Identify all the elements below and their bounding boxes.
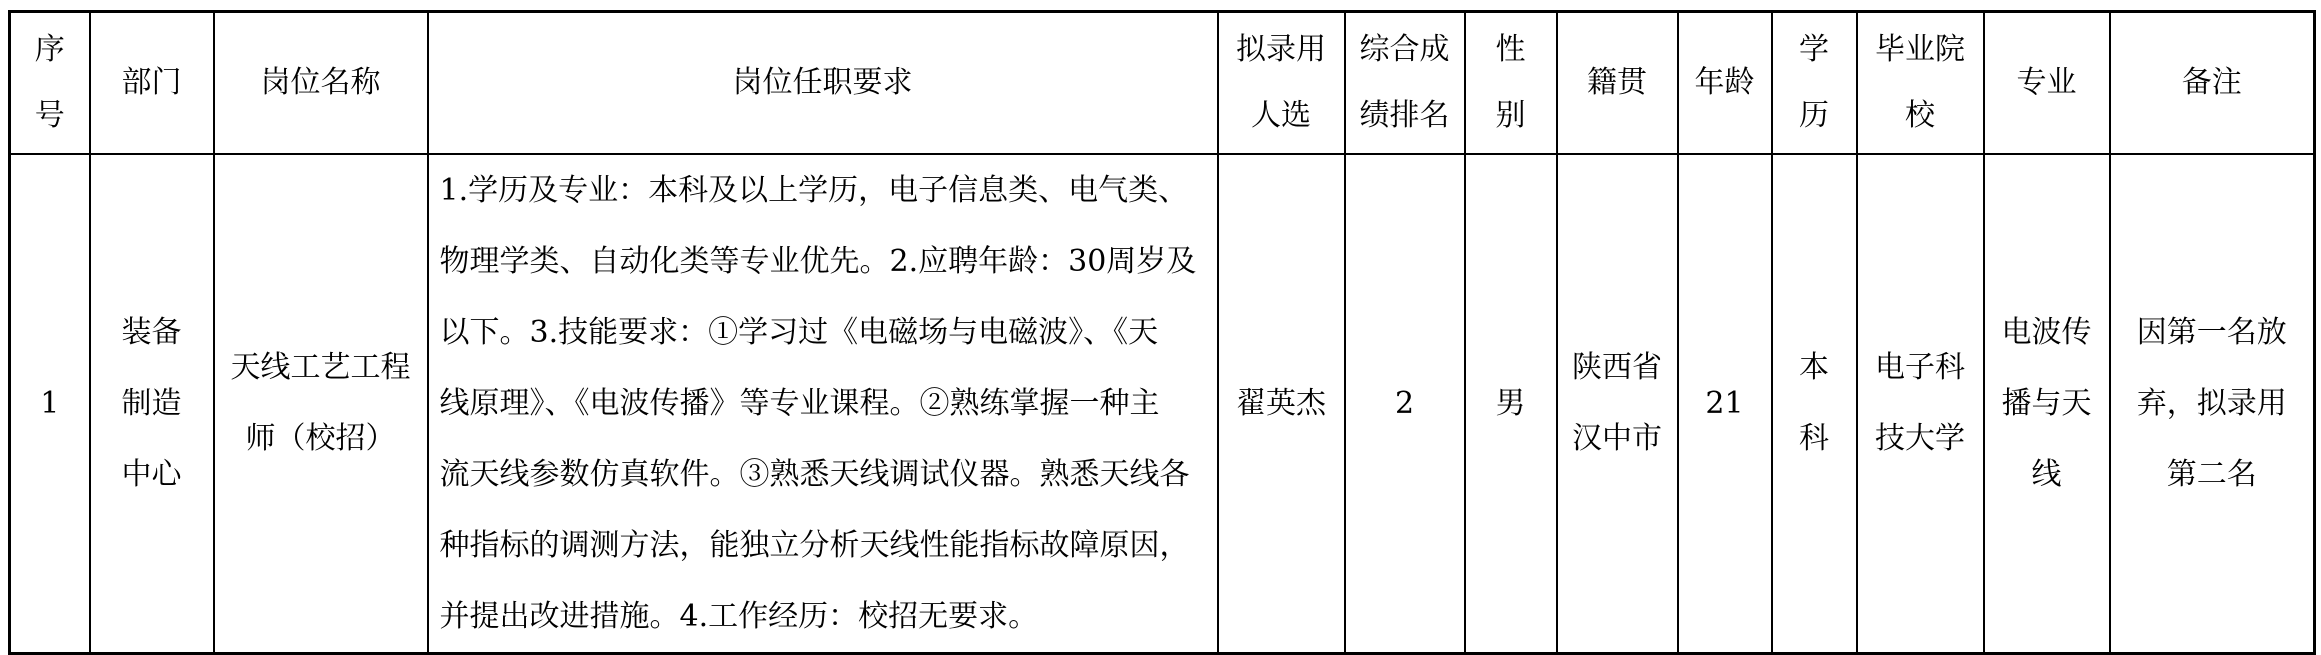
cell-department: 装备 制造 中心 bbox=[90, 154, 214, 654]
table-header-row: 序 号 部门 岗位名称 岗位任职要求 拟录用 人选 综合成 绩排名 性 别 籍贯… bbox=[10, 12, 2315, 154]
cell-age: 21 bbox=[1678, 154, 1772, 654]
cell-remarks: 因第一名放 弃，拟录用 第二名 bbox=[2110, 154, 2315, 654]
cell-major: 电波传 播与天 线 bbox=[1984, 154, 2110, 654]
header-seq-number: 序 号 bbox=[10, 12, 90, 154]
header-gender: 性 别 bbox=[1465, 12, 1557, 154]
cell-position-name: 天线工艺工程 师（校招） bbox=[214, 154, 428, 654]
header-proposed-candidate: 拟录用 人选 bbox=[1218, 12, 1345, 154]
cell-seq-number: 1 bbox=[10, 154, 90, 654]
table-row: 1 装备 制造 中心 天线工艺工程 师（校招） 1.学历及专业：本科及以上学历，… bbox=[10, 154, 2315, 654]
cell-position-requirements: 1.学历及专业：本科及以上学历，电子信息类、电气类、 物理学类、自动化类等专业优… bbox=[428, 154, 1218, 654]
header-major: 专业 bbox=[1984, 12, 2110, 154]
cell-gender: 男 bbox=[1465, 154, 1557, 654]
cell-proposed-candidate: 翟英杰 bbox=[1218, 154, 1345, 654]
recruitment-table: 序 号 部门 岗位名称 岗位任职要求 拟录用 人选 综合成 绩排名 性 别 籍贯… bbox=[8, 10, 2316, 655]
header-graduation-school: 毕业院 校 bbox=[1857, 12, 1984, 154]
header-remarks: 备注 bbox=[2110, 12, 2315, 154]
cell-overall-score-rank: 2 bbox=[1345, 154, 1465, 654]
header-overall-score-rank: 综合成 绩排名 bbox=[1345, 12, 1465, 154]
header-education: 学 历 bbox=[1772, 12, 1857, 154]
header-age: 年龄 bbox=[1678, 12, 1772, 154]
header-position-name: 岗位名称 bbox=[214, 12, 428, 154]
document-page: 序 号 部门 岗位名称 岗位任职要求 拟录用 人选 综合成 绩排名 性 别 籍贯… bbox=[0, 0, 2321, 653]
cell-native-place: 陕西省 汉中市 bbox=[1557, 154, 1678, 654]
header-native-place: 籍贯 bbox=[1557, 12, 1678, 154]
header-position-requirements: 岗位任职要求 bbox=[428, 12, 1218, 154]
cell-education: 本 科 bbox=[1772, 154, 1857, 654]
cell-graduation-school: 电子科 技大学 bbox=[1857, 154, 1984, 654]
header-department: 部门 bbox=[90, 12, 214, 154]
